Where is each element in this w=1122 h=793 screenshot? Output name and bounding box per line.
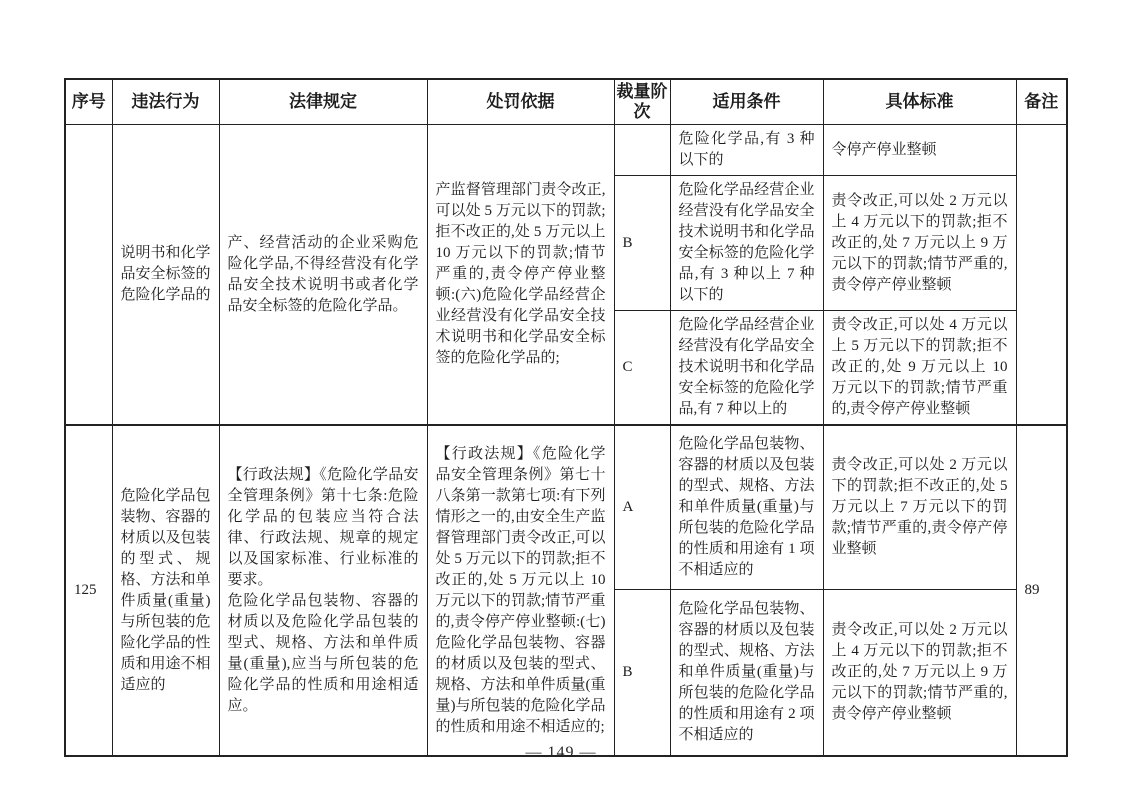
cell-behavior: 说明书和化学品安全标签的危险化学品的	[112, 125, 219, 426]
cell-condition: 危险化学品包装物、容器的材质以及包装的型式、规格、方法和单件质量(重量)与所包装…	[670, 425, 823, 589]
cell-law: 【行政法规】《危险化学品安全管理条例》第十七条:危险化学品的包装应当符合法律、行…	[219, 425, 427, 756]
cell-basis: 【行政法规】《危险化学品安全管理条例》第七十八条第一款第七项:有下列情形之一的,…	[427, 425, 614, 756]
header-law: 法律规定	[219, 79, 427, 125]
cell-condition: 危险化学品包装物、容器的材质以及包装的型式、规格、方法和单件质量(重量)与所包装…	[670, 589, 823, 756]
header-basis: 处罚依据	[427, 79, 614, 125]
header-standard: 具体标准	[823, 79, 1016, 125]
table-row: 说明书和化学品安全标签的危险化学品的 产、经营活动的企业采购危险化学品,不得经营…	[65, 125, 1067, 176]
header-note: 备注	[1016, 79, 1067, 125]
cell-law: 产、经营活动的企业采购危险化学品,不得经营没有化学品安全技术说明书或者化学品安全…	[219, 125, 427, 426]
header-behavior: 违法行为	[112, 79, 219, 125]
cell-seq: 125	[65, 425, 112, 756]
cell-stage-level: B	[614, 176, 670, 311]
cell-standard: 责令改正,可以处 2 万元以上 4 万元以下的罚款;拒不改正的,处 7 万元以上…	[823, 589, 1016, 756]
header-stage: 裁量阶次	[614, 79, 670, 125]
cell-condition: 危险化学品经营企业经营没有化学品安全技术说明书和化学品安全标签的危险化学品,有 …	[670, 176, 823, 311]
header-seq: 序号	[65, 79, 112, 125]
cell-standard: 责令改正,可以处 2 万元以下的罚款;拒不改正的,处 5 万元以上 7 万元以下…	[823, 425, 1016, 589]
table-row: 125 危险化学品包装物、容器的材质以及包装的型式、规格、方法和单件质量(重量)…	[65, 425, 1067, 589]
penalty-table: 序号 违法行为 法律规定 处罚依据 裁量阶次 适用条件 具体标准 备注 说明书和…	[64, 78, 1068, 757]
page-number: — 149 —	[0, 744, 1122, 762]
cell-stage-level: C	[614, 311, 670, 426]
cell-note	[1016, 125, 1067, 426]
cell-seq	[65, 125, 112, 426]
cell-note: 89	[1016, 425, 1067, 756]
cell-condition: 危险化学品经营企业经营没有化学品安全技术说明书和化学品安全标签的危险化学品,有 …	[670, 311, 823, 426]
cell-standard: 令停产停业整顿	[823, 125, 1016, 176]
cell-standard: 责令改正,可以处 4 万元以上 5 万元以下的罚款;拒不改正的,处 9 万元以上…	[823, 311, 1016, 426]
header-condition: 适用条件	[670, 79, 823, 125]
cell-standard: 责令改正,可以处 2 万元以上 4 万元以下的罚款;拒不改正的,处 7 万元以上…	[823, 176, 1016, 311]
table-header-row: 序号 违法行为 法律规定 处罚依据 裁量阶次 适用条件 具体标准 备注	[65, 79, 1067, 125]
cell-condition: 危险化学品,有 3 种以下的	[670, 125, 823, 176]
cell-stage-level: B	[614, 589, 670, 756]
cell-behavior: 危险化学品包装物、容器的材质以及包装的型式、规格、方法和单件质量(重量)与所包装…	[112, 425, 219, 756]
document-page: 序号 违法行为 法律规定 处罚依据 裁量阶次 适用条件 具体标准 备注 说明书和…	[0, 0, 1122, 793]
cell-stage-level	[614, 125, 670, 176]
cell-stage-level: A	[614, 425, 670, 589]
cell-basis: 产监督管理部门责令改正,可以处 5 万元以下的罚款;拒不改正的,处 5 万元以上…	[427, 125, 614, 426]
